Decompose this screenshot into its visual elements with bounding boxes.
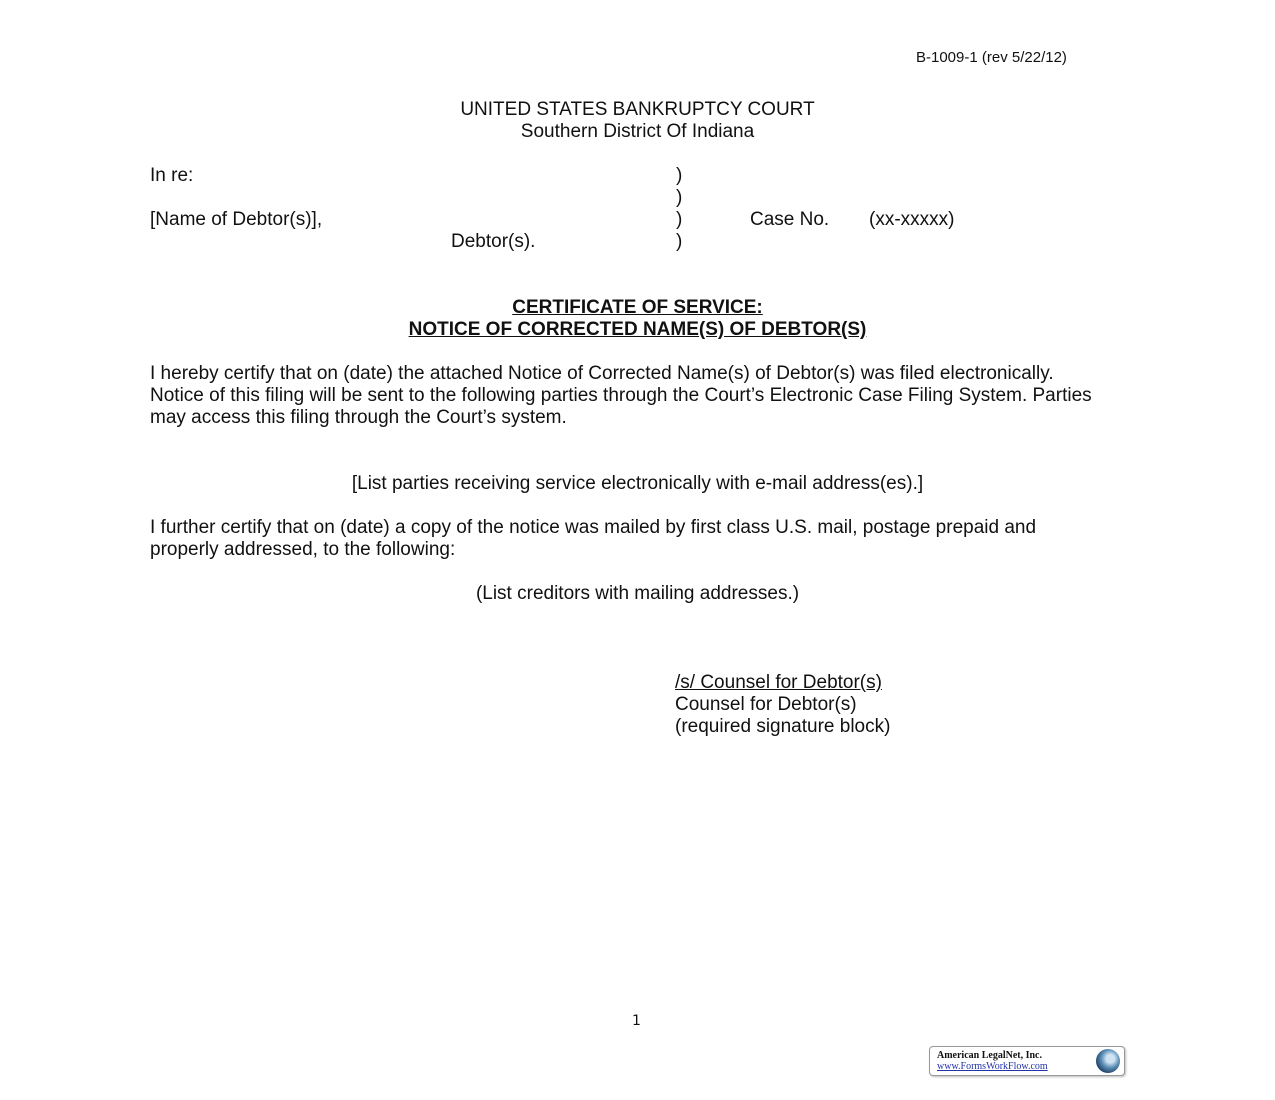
form-id: B-1009-1 (rev 5/22/12): [916, 49, 1067, 66]
title-line-2: NOTICE OF CORRECTED NAME(S) OF DEBTOR(S): [0, 319, 1275, 341]
certification-paragraph-2: I further certify that on (date) a copy …: [150, 517, 1095, 561]
logo-url-link[interactable]: www.FormsWorkFlow.com: [937, 1061, 1048, 1072]
case-number-value: (xx-xxxxx): [869, 209, 954, 231]
debtor-label: Debtor(s).: [451, 231, 535, 253]
caption-paren: ): [676, 187, 682, 209]
publisher-logo[interactable]: American LegalNet, Inc. www.FormsWorkFlo…: [929, 1046, 1125, 1076]
caption-paren: ): [676, 231, 682, 253]
caption-paren: ): [676, 209, 682, 231]
in-re-label: In re:: [150, 165, 193, 187]
signature-line: /s/ Counsel for Debtor(s): [675, 672, 882, 694]
creditors-placeholder: (List creditors with mailing addresses.): [0, 583, 1275, 605]
logo-company-name: American LegalNet, Inc.: [937, 1050, 1042, 1061]
globe-icon: [1096, 1049, 1120, 1073]
caption-paren: ): [676, 165, 682, 187]
electronic-parties-placeholder: [List parties receiving service electron…: [0, 473, 1275, 495]
certification-paragraph-1: I hereby certify that on (date) the atta…: [150, 363, 1105, 429]
district-name: Southern District Of Indiana: [0, 121, 1275, 143]
signature-note: (required signature block): [675, 716, 890, 738]
signer-title: Counsel for Debtor(s): [675, 694, 857, 716]
case-number-label: Case No.: [750, 209, 829, 231]
debtor-name-placeholder: [Name of Debtor(s)],: [150, 209, 322, 231]
page-number: 1: [632, 1013, 641, 1029]
title-line-1: CERTIFICATE OF SERVICE:: [0, 297, 1275, 319]
court-name: UNITED STATES BANKRUPTCY COURT: [0, 99, 1275, 121]
